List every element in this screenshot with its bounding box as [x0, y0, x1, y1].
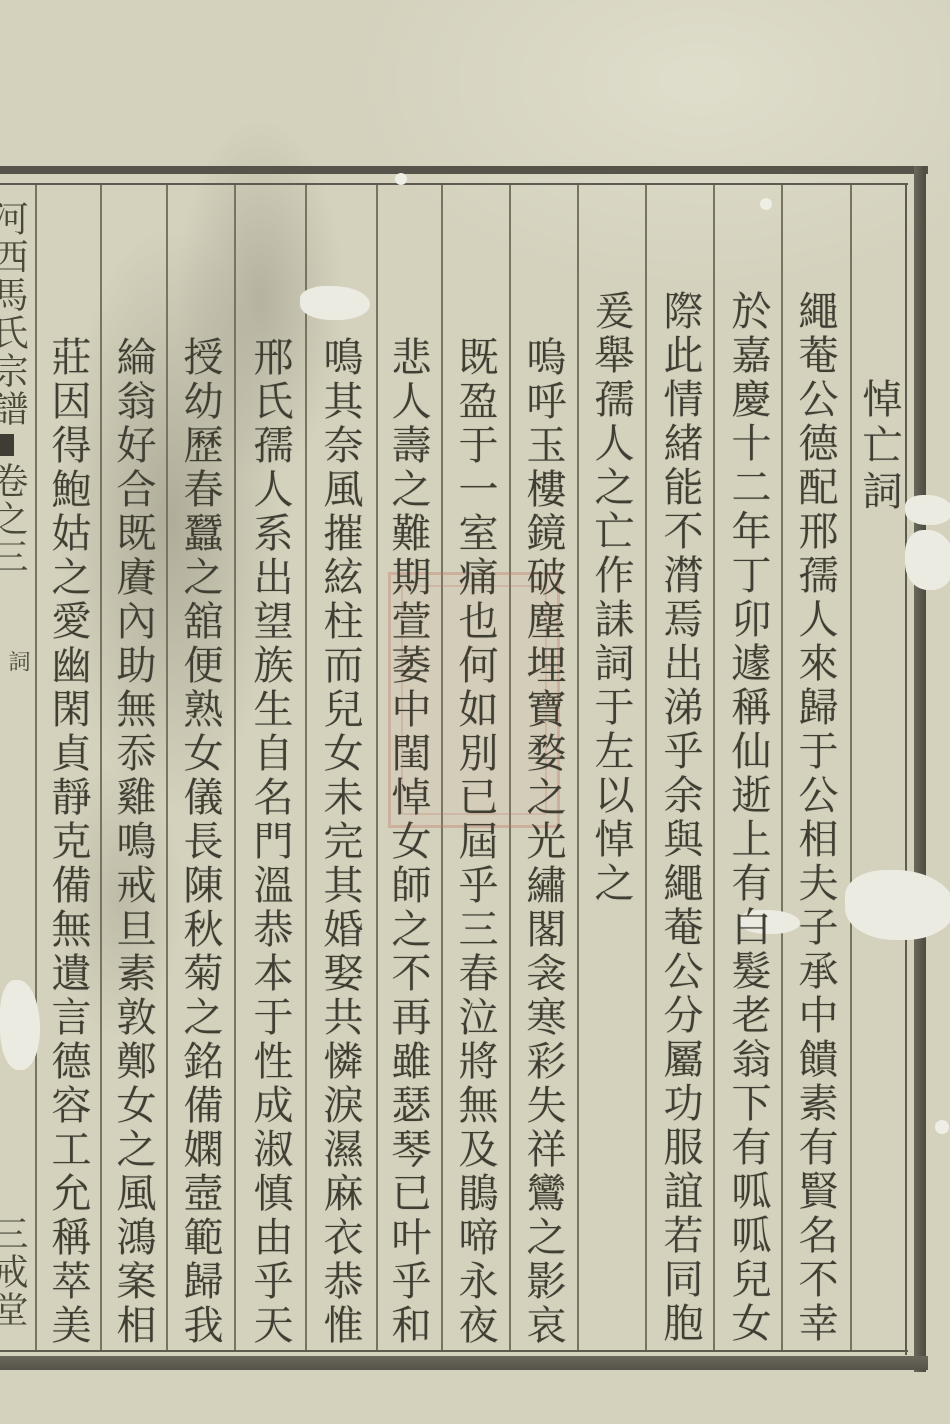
text-column-11: 綸翁好合既賡內助無忝雞鳴戒旦素敦鄭女之風鴻案相: [111, 336, 155, 1348]
text-column-4: 爰舉孺人之亡作誄詞于左以悼之: [589, 290, 633, 906]
paper-tear: [905, 530, 950, 590]
page-title: 悼亡詞: [857, 378, 901, 516]
margin-volume: 卷之三: [0, 462, 28, 576]
text-column-5: 嗚呼玉樓鏡破塵埋寶婺之光繡閣衾寒彩失祥鸞之影哀: [521, 336, 565, 1348]
margin-hall-name: 三戒堂: [0, 1215, 33, 1329]
column-divider: [645, 185, 647, 1350]
margin-section: 詞: [2, 650, 33, 674]
column-divider: [376, 185, 378, 1350]
frame-top-inner-line: [0, 183, 908, 185]
column-divider: [577, 185, 579, 1350]
text-column-9: 邢氏孺人系出望族生自名門溫恭本于性成淑慎由乎天: [248, 336, 292, 1348]
column-divider: [234, 185, 236, 1350]
margin-book-title-text: 河西馬氏宗譜: [0, 200, 28, 428]
text-column-3: 際此情緒能不潸焉出涕乎余與繩菴公分屬功服誼若同胞: [658, 290, 702, 1346]
frame-top-border: [0, 166, 928, 174]
paper-spot: [935, 1120, 949, 1134]
paper-tear: [300, 286, 370, 320]
margin-fishtail-mark: [0, 434, 14, 456]
paper-tear: [905, 495, 950, 525]
paper-tear: [0, 980, 40, 1070]
column-divider: [166, 185, 168, 1350]
paper-spot: [395, 173, 407, 185]
frame-bottom-inner-line: [0, 1350, 908, 1352]
column-divider: [305, 185, 307, 1350]
column-divider: [35, 185, 37, 1350]
text-column-2: 於嘉慶十二年丁卯遽稱仙逝上有白髮老翁下有呱呱兒女: [726, 290, 770, 1346]
text-column-8: 鳴其奈風摧絃柱而兒女未完其婚娶共憐淚濕麻衣恭惟: [318, 336, 362, 1348]
text-column-12: 莊因得鮑姑之愛幽閑貞靜克備無遺言德容工允稱萃美: [46, 336, 90, 1348]
column-divider: [781, 185, 783, 1350]
paper-spot: [760, 198, 772, 210]
column-divider: [713, 185, 715, 1350]
text-column-7: 悲人壽之難期萱萎中閨悼女師之不再雖瑟琴已叶乎和: [386, 336, 430, 1348]
text-column-6: 既盈于一室痛也何如別已屆乎三春泣將無及鵑啼永夜: [453, 336, 497, 1348]
margin-book-title: 河西馬氏宗譜卷之三: [0, 200, 33, 576]
text-column-10: 授幼歷春蠶之舘便熟女儀長陳秋菊之銘備嫻壼範歸我: [178, 336, 222, 1348]
frame-right-inner-line: [905, 183, 907, 1355]
frame-right-border: [914, 166, 926, 1372]
frame-bottom-border: [0, 1356, 928, 1370]
column-divider: [850, 185, 852, 1350]
paper-tear: [845, 870, 950, 940]
column-divider: [100, 185, 102, 1350]
text-column-1: 繩菴公德配邢孺人來歸于公相夫子承中饋素有賢名不幸: [793, 290, 837, 1346]
